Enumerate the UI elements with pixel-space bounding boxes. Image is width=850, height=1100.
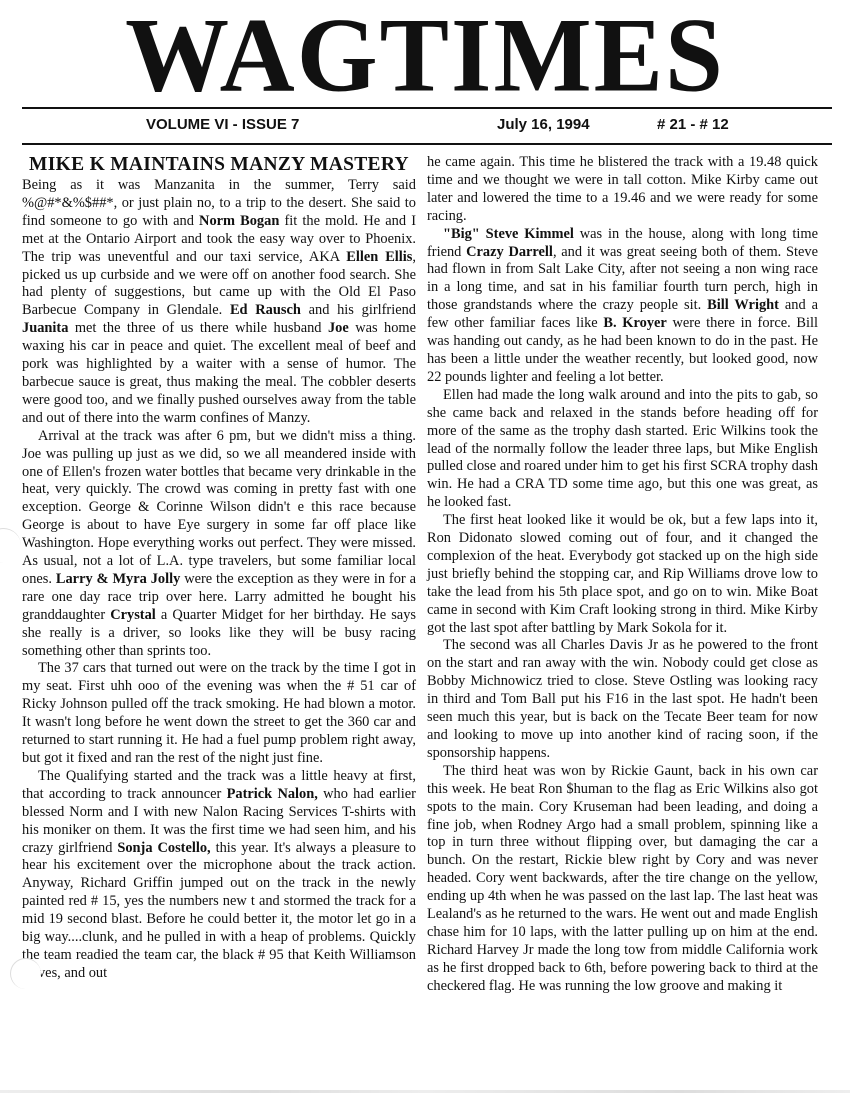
bold-name: Ed Rausch bbox=[230, 302, 301, 318]
bold-name: "Big" Steve Kimmel bbox=[443, 226, 574, 242]
article-paragraph: The Qualifying started and the track was… bbox=[22, 768, 416, 983]
text-run: Arrival at the track was after 6 pm, but… bbox=[22, 428, 416, 587]
left-column-body: Being as it was Manzanita in the summer,… bbox=[22, 177, 416, 983]
article-paragraph: The third heat was won by Rickie Gaunt, … bbox=[427, 763, 818, 996]
article-headline: MIKE K MAINTAINS MANZY MASTERY bbox=[22, 154, 416, 176]
bold-name: Sonja Costello, bbox=[117, 840, 210, 856]
masthead-bottom-rule bbox=[22, 143, 832, 145]
right-column-body: he came again. This time he blistered th… bbox=[427, 154, 818, 996]
newsletter-title: WAGTIMES bbox=[0, 5, 850, 107]
text-run: The 37 cars that turned out were on the … bbox=[22, 660, 416, 766]
article-column-left: MIKE K MAINTAINS MANZY MASTERY Being as … bbox=[22, 154, 416, 983]
hole-punch-mark bbox=[0, 528, 21, 563]
bold-name: Juanita bbox=[22, 320, 68, 336]
masthead-top-rule bbox=[22, 107, 832, 109]
bold-name: Patrick Nalon, bbox=[227, 786, 318, 802]
text-run: The second was all Charles Davis Jr as h… bbox=[427, 637, 818, 760]
article-column-right: he came again. This time he blistered th… bbox=[427, 154, 818, 996]
page-bottom-edge bbox=[0, 1090, 850, 1093]
text-run: met the three of us there while husband bbox=[68, 320, 328, 336]
bold-name: Norm Bogan bbox=[199, 213, 279, 229]
bold-name: Bill Wright bbox=[707, 297, 779, 313]
text-run: and his girlfriend bbox=[301, 302, 416, 318]
volume-issue-label: VOLUME VI - ISSUE 7 bbox=[146, 116, 299, 133]
bold-name: Larry & Myra Jolly bbox=[56, 571, 180, 587]
bold-name: Crazy Darrell bbox=[466, 244, 553, 260]
issue-numbers: # 21 - # 12 bbox=[657, 116, 729, 133]
article-paragraph: The second was all Charles Davis Jr as h… bbox=[427, 637, 818, 762]
article-paragraph: The 37 cars that turned out were on the … bbox=[22, 660, 416, 767]
article-paragraph: "Big" Steve Kimmel was in the house, alo… bbox=[427, 226, 818, 387]
article-paragraph: Being as it was Manzanita in the summer,… bbox=[22, 177, 416, 428]
text-run: this year. It's always a pleasure to hea… bbox=[22, 840, 416, 981]
text-run: he came again. This time he blistered th… bbox=[427, 154, 818, 224]
article-paragraph: Arrival at the track was after 6 pm, but… bbox=[22, 428, 416, 661]
article-paragraph: The first heat looked like it would be o… bbox=[427, 512, 818, 637]
text-run: The first heat looked like it would be o… bbox=[427, 512, 818, 635]
bold-name: Crystal bbox=[110, 607, 156, 623]
text-run: The third heat was won by Rickie Gaunt, … bbox=[427, 763, 818, 994]
text-run: Ellen had made the long walk around and … bbox=[427, 387, 818, 510]
bold-name: B. Kroyer bbox=[603, 315, 666, 331]
issue-info-bar: VOLUME VI - ISSUE 7 July 16, 1994 # 21 -… bbox=[0, 116, 850, 138]
issue-date: July 16, 1994 bbox=[497, 116, 590, 133]
bold-name: Ellen Ellis bbox=[346, 249, 412, 265]
article-paragraph: Ellen had made the long walk around and … bbox=[427, 387, 818, 512]
hole-punch-mark bbox=[10, 958, 41, 989]
bold-name: Joe bbox=[328, 320, 349, 336]
article-paragraph: he came again. This time he blistered th… bbox=[427, 154, 818, 226]
